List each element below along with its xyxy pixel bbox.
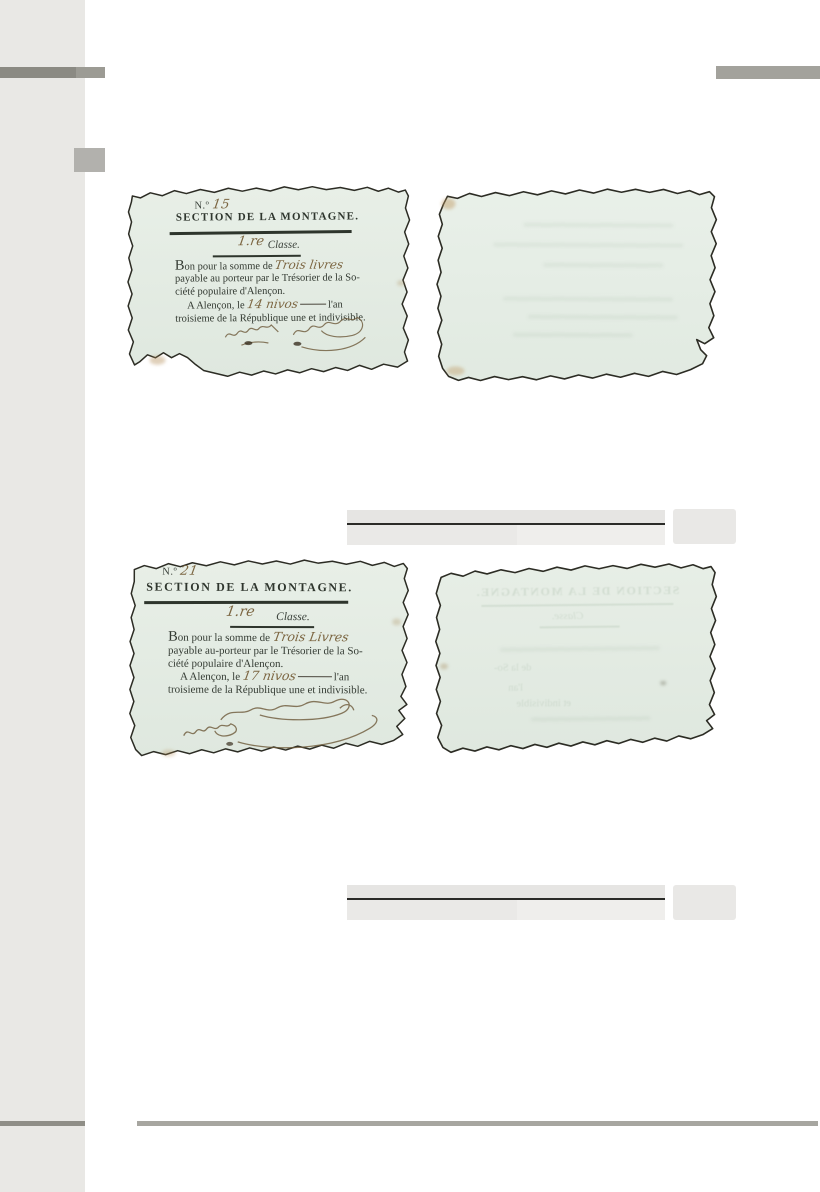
signature-flourishes xyxy=(124,184,413,386)
table-cell xyxy=(517,525,665,545)
table-cell xyxy=(347,525,517,545)
ghost-line-showthrough: de la So- xyxy=(494,662,531,673)
foxing-spot xyxy=(660,681,666,685)
foxing-spot xyxy=(447,366,465,375)
bottom-rule-main-segment xyxy=(137,1121,818,1126)
top-left-accent-bar xyxy=(0,67,76,78)
table-cell xyxy=(347,900,517,920)
ghost-line-showthrough: l'an xyxy=(508,683,523,694)
table-data-row xyxy=(347,900,665,920)
showthrough-smudge xyxy=(513,333,633,338)
foxing-spot xyxy=(441,198,455,209)
ghost-line-showthrough: et indivisible xyxy=(516,698,571,710)
voucher-image-no15-front[interactable]: N.º 15 SECTION DE LA MONTAGNE. 1.re Clas… xyxy=(124,184,413,386)
action-button-placeholder[interactable] xyxy=(673,509,736,544)
ghost-class-showthrough: Classe. xyxy=(551,610,583,622)
showthrough-smudge xyxy=(523,223,673,228)
table-header-row xyxy=(347,510,665,523)
left-margin-strip xyxy=(0,0,85,1192)
voucher-image-no15-back[interactable] xyxy=(432,184,720,390)
top-right-accent-bar xyxy=(716,66,820,79)
empty-table-placeholder xyxy=(347,510,665,545)
top-left-accent-bar-light xyxy=(76,67,105,78)
table-data-row xyxy=(347,525,665,545)
voucher-image-no21-front[interactable]: N.º 21 SECTION DE LA MONTAGNE. 1.re Clas… xyxy=(126,558,413,767)
torn-paper-edge xyxy=(432,184,720,390)
foxing-spot xyxy=(440,663,448,669)
showthrough-smudge xyxy=(543,263,663,268)
voucher-image-no21-back[interactable]: SECTION DE LA MONTAGNE. Classe. de la So… xyxy=(429,560,723,763)
signature-flourishes xyxy=(126,558,413,767)
table-cell xyxy=(517,900,665,920)
gray-square-marker xyxy=(74,148,105,172)
ghost-title-showthrough: SECTION DE LA MONTAGNE. xyxy=(473,583,681,600)
showthrough-smudge xyxy=(528,315,678,320)
page: N.º 15 SECTION DE LA MONTAGNE. 1.re Clas… xyxy=(0,0,820,1192)
table-header-row xyxy=(347,885,665,898)
bottom-rule-left-segment xyxy=(0,1121,85,1126)
empty-table-placeholder xyxy=(347,885,665,920)
action-button-placeholder[interactable] xyxy=(673,885,736,920)
